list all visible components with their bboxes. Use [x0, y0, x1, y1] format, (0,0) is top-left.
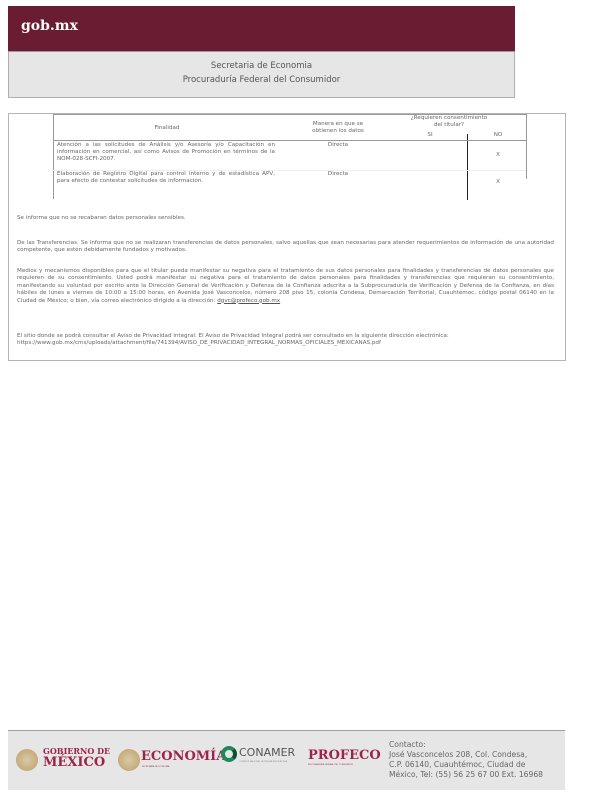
email-link[interactable]: dgvc@profeco.gob.mx — [217, 298, 280, 304]
conamer-icon — [221, 746, 237, 762]
table-row-2-no: X — [483, 179, 513, 186]
site-paragraph: El sitio donde se podrá consultar el Avi… — [17, 333, 554, 348]
gobierno-seal-icon — [16, 749, 38, 771]
gobierno-line2: MÉXICO — [43, 756, 110, 770]
table-row-1-finalidad: Atención a las solicitudes de Análisis y… — [57, 142, 275, 164]
agency-line-1: Secretaria de Economia — [9, 59, 514, 73]
privacy-url-link[interactable]: https://www.gob.mx/cms/uploads/attachmen… — [17, 340, 554, 347]
header-consent-line2: del titular? — [383, 122, 515, 129]
sensitive-data-notice: Se informa que no se recabaran datos per… — [17, 215, 554, 222]
gobierno-logo: GOBIERNO DE MÉXICO — [43, 747, 110, 770]
header-finalidad: Finalidad — [53, 125, 281, 132]
table-row-2-manera: Directa — [288, 171, 388, 178]
header-consentimiento: ¿Requieren consentimiento del titular? — [383, 115, 515, 129]
table-row-1-manera: Directa — [288, 142, 388, 149]
header-no: NO — [483, 132, 513, 139]
gob-mx-header: gob.mx — [8, 6, 515, 52]
means-text: Medios y mecanismos disponibles para que… — [17, 268, 554, 304]
header-manera: Manera en que se obtienen los datos — [288, 121, 388, 135]
gob-mx-logo[interactable]: gob.mx — [21, 18, 78, 34]
footer: GOBIERNO DE MÉXICO ECONOMÍA SECRETARÍA D… — [8, 730, 565, 790]
agency-header: Secretaria de Economia Procuraduría Fede… — [8, 52, 515, 98]
header-manera-line1: Manera en que se — [288, 121, 388, 128]
header-si: SI — [415, 132, 445, 139]
transfers-paragraph: De las Transferencias. Se informa que no… — [17, 240, 554, 255]
means-paragraph: Medios y mecanismos disponibles para que… — [17, 268, 554, 305]
economia-subtitle: SECRETARÍA DE ECONOMÍA — [142, 766, 169, 768]
contact-title: Contacto: — [389, 740, 543, 750]
contact-line2: C.P. 06140, Cuauhtémoc, Ciudad de — [389, 760, 543, 770]
conamer-subtitle: COMISIÓN NACIONAL DE MEJORA REGULATORIA — [239, 761, 287, 763]
header-manera-line2: obtienen los datos — [288, 128, 388, 135]
table-row-1-no: X — [483, 152, 513, 159]
privacy-notice-content: Finalidad Manera en que se obtienen los … — [8, 113, 566, 361]
purposes-table: Finalidad Manera en que se obtienen los … — [53, 114, 526, 199]
agency-line-2: Procuraduría Federal del Consumidor — [9, 73, 514, 87]
economia-seal-icon — [118, 749, 140, 771]
profeco-logo: PROFECO — [308, 748, 381, 763]
header-consent-line1: ¿Requieren consentimiento — [383, 115, 515, 122]
contact-line3: México, Tel: (55) 56 25 67 00 Ext. 16968 — [389, 770, 543, 780]
table-row-2-finalidad: Elaboración de Registro Digital para con… — [57, 171, 275, 185]
site-text: El sitio donde se podrá consultar el Avi… — [17, 333, 554, 340]
economia-logo: ECONOMÍA — [141, 749, 226, 764]
contact-line1: José Vasconcelos 208, Col. Condesa, — [389, 750, 543, 760]
profeco-subtitle: PROCURADURÍA FEDERAL DEL CONSUMIDOR — [308, 764, 353, 766]
contact-info: Contacto: José Vasconcelos 208, Col. Con… — [389, 740, 543, 780]
conamer-logo: CONAMER — [239, 746, 295, 759]
